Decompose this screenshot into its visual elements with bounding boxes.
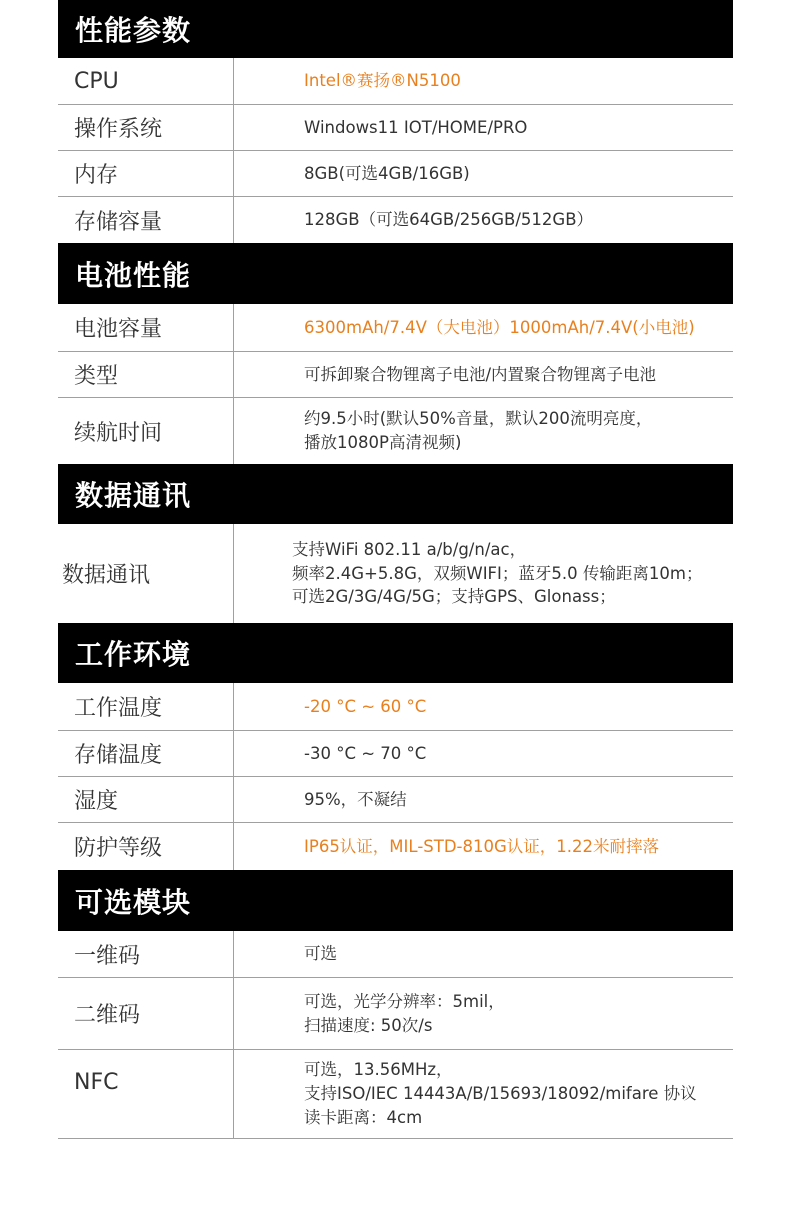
spec-label: 存储温度 [58,731,234,776]
section-header-battery: 电池性能 [58,243,733,304]
spec-row-operating-temp: 工作温度 -20 °C ~ 60 °C [58,683,733,731]
spec-label: CPU [58,58,234,104]
spec-value-line: 可选 [304,942,733,966]
spec-value-line: 读卡距离：4cm [304,1106,733,1130]
spec-label: NFC [58,1050,234,1138]
spec-value: 6300mAh/7.4V（大电池）1000mAh/7.4V(小电池) [234,304,733,351]
spec-value-line: 支持ISO/IEC 14443A/B/15693/18092/mifare 协议 [304,1082,733,1106]
section-header-environment: 工作环境 [58,623,733,683]
section-header-performance: 性能参数 [58,0,733,58]
spec-label: 存储容量 [58,197,234,243]
spec-value-line: 可选，13.56MHz， [304,1058,733,1082]
spec-value-line: -30 °C ~ 70 °C [304,742,733,766]
spec-value-line: 可选，光学分辨率：5mil， [304,990,733,1014]
spec-row-memory: 内存 8GB(可选4GB/16GB) [58,151,733,197]
spec-value-line: 128GB（可选64GB/256GB/512GB） [304,208,733,232]
spec-label: 防护等级 [58,823,234,870]
spec-value-line: 支持WiFi 802.11 a/b/g/n/ac， [292,538,733,562]
spec-value: 可选，光学分辨率：5mil， 扫描速度: 50次/s [234,978,733,1049]
spec-label: 数据通讯 [58,524,234,623]
spec-value: 约9.5小时(默认50%音量，默认200流明亮度， 播放1080P高清视频) [234,398,733,464]
spec-row-communication: 数据通讯 支持WiFi 802.11 a/b/g/n/ac， 频率2.4G+5.… [58,524,733,623]
spec-label: 内存 [58,151,234,196]
spec-label: 二维码 [58,978,234,1049]
spec-value-line: IP65认证，MIL-STD-810G认证，1.22米耐摔落 [304,835,733,859]
spec-row-os: 操作系统 Windows11 IOT/HOME/PRO [58,105,733,151]
spec-value: Intel®赛扬®N5100 [234,58,733,104]
spec-row-humidity: 湿度 95%，不凝结 [58,777,733,823]
spec-label: 电池容量 [58,304,234,351]
spec-value-line: Windows11 IOT/HOME/PRO [304,116,733,140]
spec-row-nfc: NFC 可选，13.56MHz， 支持ISO/IEC 14443A/B/1569… [58,1050,733,1139]
spec-value-line: 可选2G/3G/4G/5G；支持GPS、Glonass； [292,585,733,609]
spec-value: -30 °C ~ 70 °C [234,731,733,776]
spec-row-protection: 防护等级 IP65认证，MIL-STD-810G认证，1.22米耐摔落 [58,823,733,870]
spec-value: IP65认证，MIL-STD-810G认证，1.22米耐摔落 [234,823,733,870]
spec-value-line: 8GB(可选4GB/16GB) [304,162,733,186]
spec-row-1d-barcode: 一维码 可选 [58,931,733,978]
spec-value-line: 可拆卸聚合物锂离子电池/内置聚合物锂离子电池 [304,363,733,387]
spec-value: 95%，不凝结 [234,777,733,822]
spec-label: 湿度 [58,777,234,822]
spec-value: 128GB（可选64GB/256GB/512GB） [234,197,733,243]
spec-label: 一维码 [58,931,234,977]
section-header-optional-modules: 可选模块 [58,870,733,931]
spec-value: 支持WiFi 802.11 a/b/g/n/ac， 频率2.4G+5.8G，双频… [234,524,733,623]
spec-row-storage-temp: 存储温度 -30 °C ~ 70 °C [58,731,733,777]
spec-label: 类型 [58,352,234,397]
spec-row-battery-life: 续航时间 约9.5小时(默认50%音量，默认200流明亮度， 播放1080P高清… [58,398,733,464]
spec-row-battery-capacity: 电池容量 6300mAh/7.4V（大电池）1000mAh/7.4V(小电池) [58,304,733,352]
spec-value: 可选，13.56MHz， 支持ISO/IEC 14443A/B/15693/18… [234,1050,733,1138]
spec-row-battery-type: 类型 可拆卸聚合物锂离子电池/内置聚合物锂离子电池 [58,352,733,398]
spec-label: 工作温度 [58,683,234,730]
spec-value-line: -20 °C ~ 60 °C [304,695,733,719]
spec-value: 可拆卸聚合物锂离子电池/内置聚合物锂离子电池 [234,352,733,397]
spec-value-line: 约9.5小时(默认50%音量，默认200流明亮度， [304,407,733,431]
section-header-communication: 数据通讯 [58,464,733,524]
spec-value-line: 95%，不凝结 [304,788,733,812]
spec-value-line: 6300mAh/7.4V（大电池）1000mAh/7.4V(小电池) [304,316,733,340]
spec-value: 可选 [234,931,733,977]
spec-value-line: 扫描速度: 50次/s [304,1014,733,1038]
spec-label: 续航时间 [58,398,234,464]
spec-value-line: 频率2.4G+5.8G，双频WIFI；蓝牙5.0 传输距离10m； [292,562,733,586]
spec-value: 8GB(可选4GB/16GB) [234,151,733,196]
spec-value-line: 播放1080P高清视频) [304,431,733,455]
spec-row-storage: 存储容量 128GB（可选64GB/256GB/512GB） [58,197,733,243]
spec-row-2d-barcode: 二维码 可选，光学分辨率：5mil， 扫描速度: 50次/s [58,978,733,1050]
spec-label: 操作系统 [58,105,234,150]
spec-row-cpu: CPU Intel®赛扬®N5100 [58,58,733,105]
spec-value-line: Intel®赛扬®N5100 [304,69,733,93]
spec-value: Windows11 IOT/HOME/PRO [234,105,733,150]
spec-sheet: 性能参数 CPU Intel®赛扬®N5100 操作系统 Windows11 I… [58,0,733,1139]
spec-value: -20 °C ~ 60 °C [234,683,733,730]
